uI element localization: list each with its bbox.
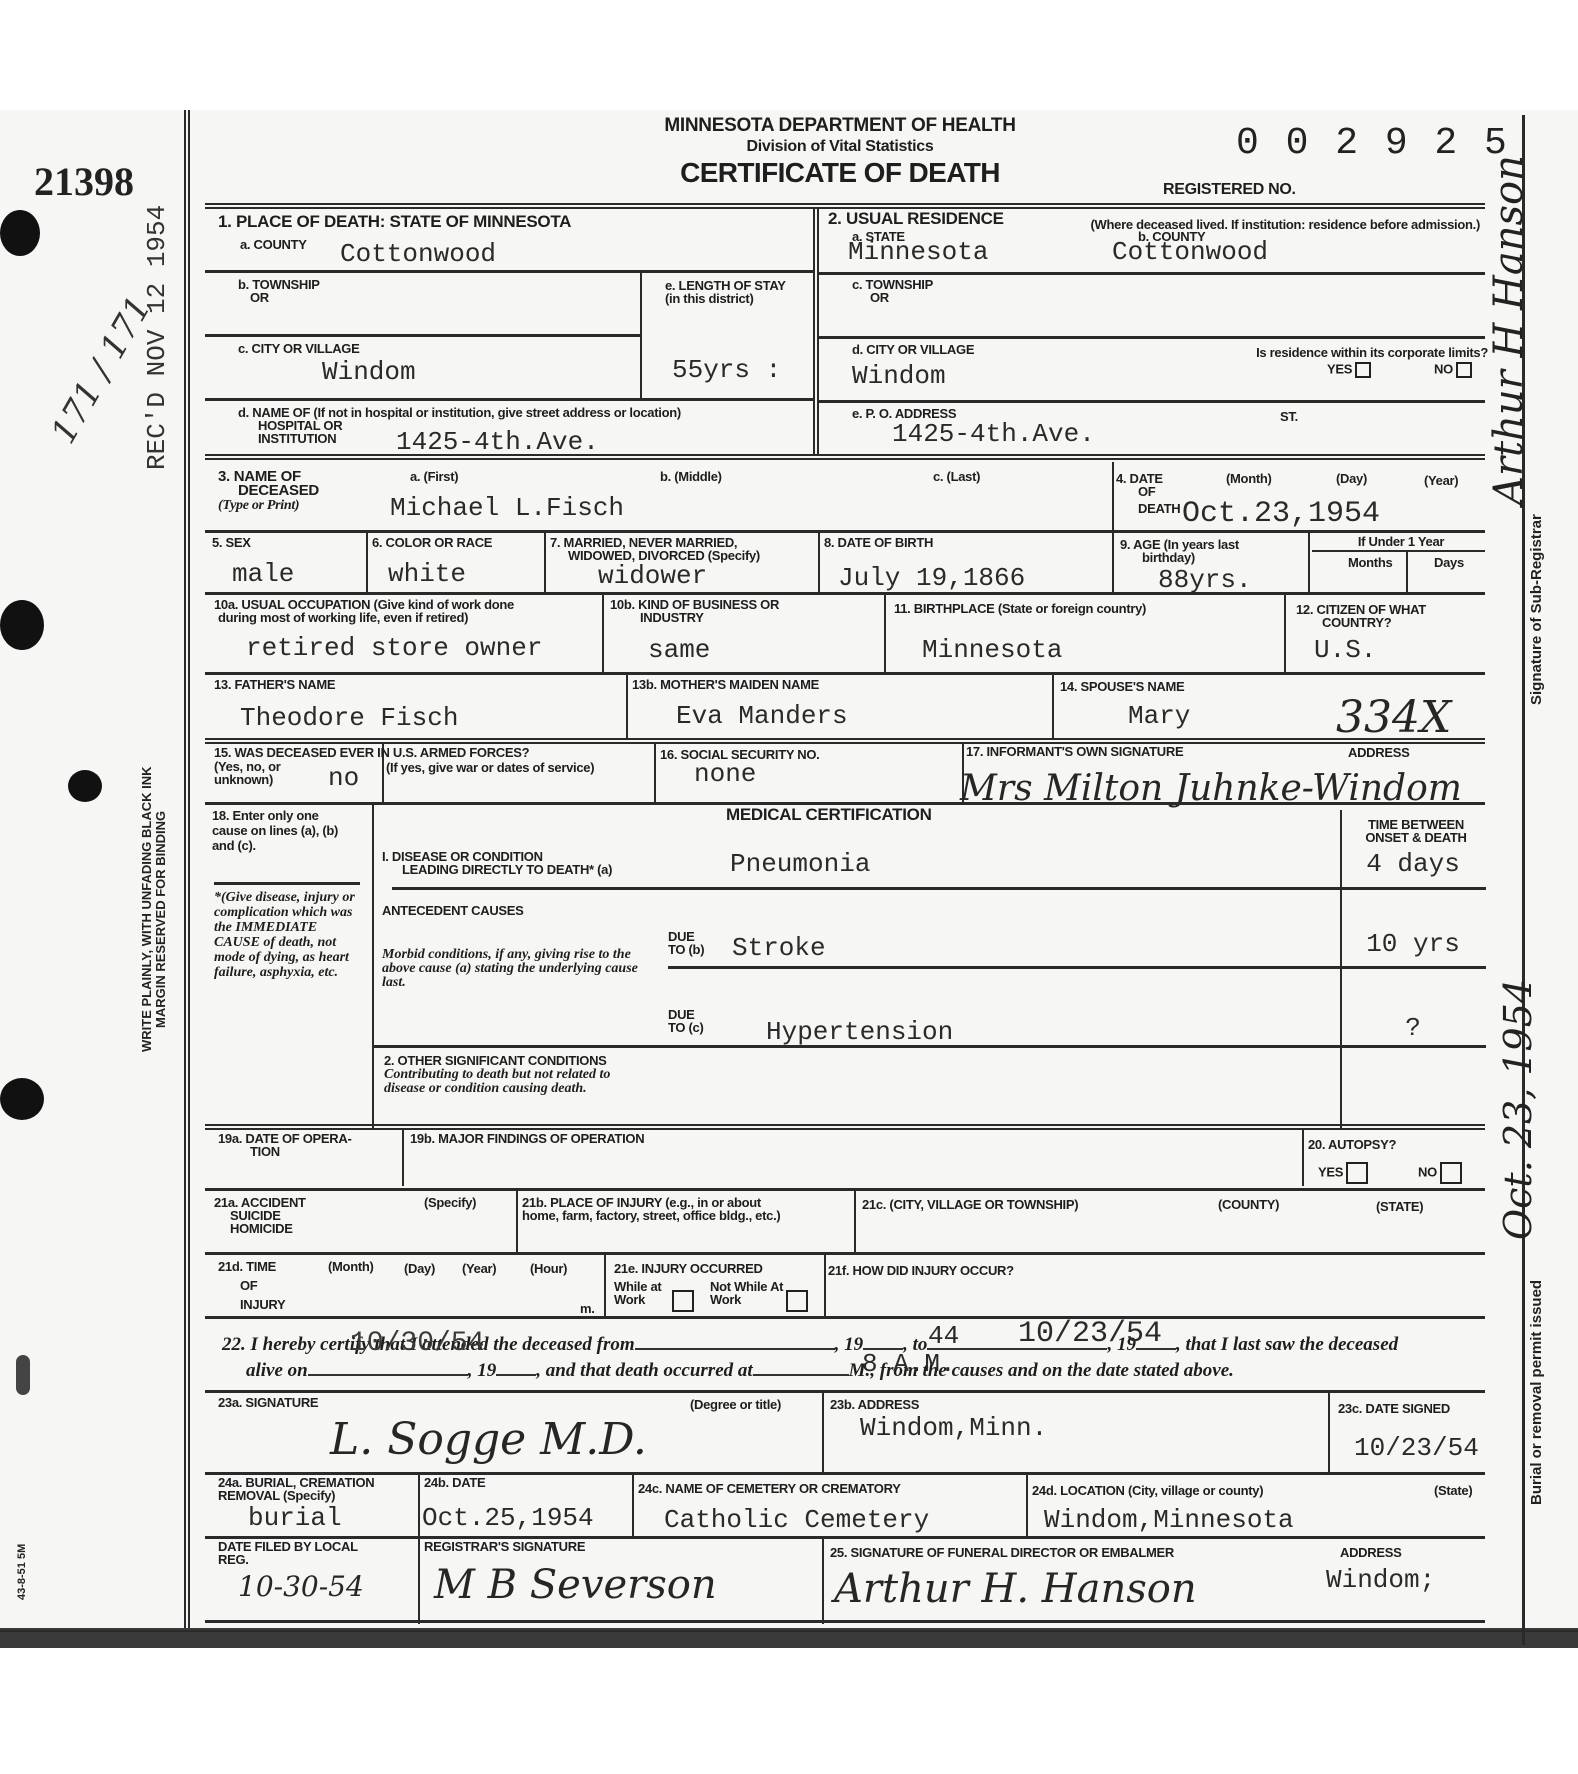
spouse-label: 14. SPOUSE'S NAME [1060,680,1184,693]
rule [205,738,1485,744]
rule [205,530,1485,533]
age-field[interactable]: 88yrs. [1158,566,1252,594]
rule [372,1045,1486,1048]
location-state-label: (State) [1434,1484,1472,1497]
morbid-note: Morbid conditions, if any, giving rise t… [382,948,640,990]
rule [819,400,1485,403]
age-label: 9. AGE (In years lastbirthday) [1120,538,1239,564]
rule [813,208,819,454]
form-header: MINNESOTA DEPARTMENT OF HEALTH Division … [640,115,1040,189]
middle-label: b. (Middle) [660,470,722,483]
certifier-address-field[interactable]: Windom,Minn. [860,1414,1047,1442]
sub-registrar-label: Signature of Sub-Registrar [1528,514,1545,705]
rule [824,1254,826,1316]
township-label: b. TOWNSHIPOR [238,278,320,304]
due-to-b-label: DUETO (b) [668,930,704,956]
city-label: c. CITY OR VILLAGE [238,342,360,355]
rule [1052,674,1054,738]
injury-city-label: 21c. (CITY, VILLAGE OR TOWNSHIP) [862,1198,1078,1211]
rule [205,1252,1485,1255]
injury-type-label: 21a. ACCIDENTSUICIDEHOMICIDE [214,1196,306,1235]
autopsy-no[interactable]: NO [1418,1162,1462,1184]
rule [819,272,1485,275]
binding-note: WRITE PLAINLY, WITH UNFADING BLACK INK M… [140,766,168,1052]
rule [654,744,656,804]
registered-no-label: REGISTERED NO. [1163,183,1296,197]
cause-c-time-field[interactable]: ? [1340,1014,1486,1042]
rule [1026,1474,1028,1536]
cause-a-field[interactable]: Pneumonia [730,850,870,878]
injury-year-label: (Year) [462,1262,496,1275]
date-signed-label: 23c. DATE SIGNED [1338,1402,1450,1415]
rule [640,272,642,400]
rule [418,1474,420,1624]
punch-hole [0,600,44,650]
cause-c-field[interactable]: Hypertension [766,1018,953,1046]
date-of-death-field[interactable]: Oct.23,1954 [1182,500,1380,528]
cause-b-field[interactable]: Stroke [732,934,826,962]
armed-forces-question: 15. WAS DECEASED EVER IN U.S. ARMED FORC… [214,746,654,759]
rule [205,672,1485,675]
rule [604,1254,606,1316]
date-filed-field[interactable]: 10-30-54 [238,1570,364,1603]
operation-findings-label: 19b. MAJOR FINDINGS OF OPERATION [410,1132,644,1145]
usual-residence-heading: 2. USUAL RESIDENCE [828,212,1004,226]
mother-field[interactable]: Eva Manders [676,702,848,730]
day-label: (Day) [1336,472,1367,485]
burial-permit-date: Oct. 23, 1954 [1496,979,1540,1240]
armed-forces-field[interactable]: no [328,764,359,792]
injury-specify-label: (Specify) [424,1196,476,1209]
citizen-field[interactable]: U.S. [1314,636,1376,664]
at-work-option[interactable]: While at Work [614,1280,694,1312]
burial-permit-label: Burial or removal permit issued [1528,1280,1545,1505]
informant-address-label: ADDRESS [1348,746,1409,759]
division-name: Division of Vital Statistics [640,137,1040,157]
injury-time-label: 21d. TIMEOFINJURY [218,1260,285,1311]
disposition-method-label: 24a. BURIAL, CREMATIONREMOVAL (Specify) [218,1476,374,1502]
medical-certification-heading: MEDICAL CERTIFICATION [726,808,932,822]
rule [1406,552,1408,592]
year-label: (Year) [1424,474,1458,487]
rule [205,270,813,273]
autopsy-yes-checkbox[interactable] [1346,1162,1368,1184]
rule [818,532,820,592]
not-at-work-option[interactable]: Not While At Work [710,1280,820,1312]
length-of-stay-label: e. LENGTH OF STAY (in this district) [665,279,800,305]
death-county-field[interactable]: Cottonwood [340,240,496,268]
rule [205,1536,1485,1539]
rule [602,594,604,672]
father-field[interactable]: Theodore Fisch [240,704,458,732]
at-work-checkbox[interactable] [672,1290,694,1312]
injury-occurred-label: 21e. INJURY OCCURRED [614,1262,763,1275]
sex-label: 5. SEX [212,536,251,549]
citizen-label: 12. CITIZEN OF WHATCOUNTRY? [1296,603,1426,629]
cause-a-time-field[interactable]: 4 days [1340,850,1486,878]
time-between-label: TIME BETWEENONSET & DEATH [1346,818,1486,844]
sub-registrar-signature: Arthur H Hanson [1486,155,1532,505]
funeral-director-label: 25. SIGNATURE OF FUNERAL DIRECTOR OR EMB… [830,1546,1174,1559]
under-year-label: If Under 1 Year [1314,535,1488,548]
disease-label: I. DISEASE OR CONDITIONLEADING DIRECTLY … [382,850,612,876]
other-conditions-note: Contributing to death but not related to… [384,1068,642,1096]
disposition-date-label: 24b. DATE [424,1476,485,1489]
sex-field[interactable]: male [232,560,294,588]
business-field[interactable]: same [648,636,710,664]
attended-to-date[interactable]: 10/23/54 [1018,1320,1162,1348]
spouse-field[interactable]: Mary [1128,702,1190,730]
bottom-rule [0,1630,1578,1632]
dob-label: 8. DATE OF BIRTH [824,536,933,549]
residence-township-label: c. TOWNSHIPOR [852,278,933,304]
time-of-death-field[interactable]: 8 A.M. [862,1350,956,1378]
rule [205,1620,1485,1623]
rule [205,1472,1485,1475]
rule [668,966,1486,969]
certifier-signature-label: 23a. SIGNATURE [218,1396,318,1409]
disposition-method-field[interactable]: burial [248,1504,342,1532]
attended-from-year[interactable]: 44 [928,1322,959,1350]
injury-state-label: (STATE) [1376,1200,1423,1213]
marital-label: 7. MARRIED, NEVER MARRIED,WIDOWED, DIVOR… [550,536,760,562]
punch-hole [0,1078,44,1120]
st-label: ST. [1280,410,1298,423]
funeral-address-field[interactable]: Windom; [1326,1566,1435,1594]
page-title: CERTIFICATE OF DEATH [640,157,1040,189]
rule [205,1124,1485,1130]
rule [822,1538,824,1624]
autopsy-label: 20. AUTOPSY? [1308,1138,1396,1151]
punch-hole [68,770,102,802]
rule [372,804,374,1128]
business-label: 10b. KIND OF BUSINESS ORINDUSTRY [610,598,779,624]
marital-status-field[interactable]: widower [598,562,707,590]
location-label: 24d. LOCATION (City, village or county) [1032,1484,1263,1497]
first-label: a. (First) [410,470,458,483]
deceased-name-label: 3. NAME OF DECEASED (Type or Print) [218,470,319,513]
other-conditions-label: 2. OTHER SIGNIFICANT CONDITIONS [384,1054,607,1067]
corporate-limits-yes[interactable]: YES [1327,362,1371,378]
armed-forces-service-hint: (If yes, give war or dates of service) [386,761,594,774]
injury-hour-label: (Hour) [530,1262,567,1275]
date-of-death-label: 4. DATE OF DEATH [1116,472,1180,515]
date-filed-label: DATE FILED BY LOCALREG. [218,1540,358,1566]
department-name: MINNESOTA DEPARTMENT OF HEALTH [640,115,1040,137]
residence-state-field[interactable]: Minnesota [848,238,988,266]
rule [1112,532,1114,592]
location-field[interactable]: Windom,Minnesota [1044,1506,1294,1534]
punch-hole [0,210,40,256]
injury-day-label: (Day) [404,1262,435,1275]
rule [1112,462,1114,530]
rule [516,1190,518,1252]
attestation-line-2: alive on, 19, and that death occurred at… [246,1360,1234,1382]
checkbox-yes[interactable] [1355,362,1371,378]
disposition-date-field[interactable]: Oct.25,1954 [422,1504,594,1532]
cemetery-field[interactable]: Catholic Cemetery [664,1506,929,1534]
county-label: a. COUNTY [240,238,307,251]
rule [1312,550,1485,552]
birthplace-label: 11. BIRTHPLACE (State or foreign country… [894,602,1146,615]
antecedent-label: ANTECEDENT CAUSES [382,904,524,917]
rule [205,592,1485,595]
deceased-name-field[interactable]: Michael L.Fisch [390,494,624,522]
race-label: 6. COLOR OR RACE [372,536,492,549]
binding-border [184,110,190,1628]
autopsy-no-checkbox[interactable] [1440,1162,1462,1184]
binding-note-line2: MARGIN RESERVED FOR BINDING [154,766,168,1052]
rule [1284,594,1286,672]
mother-label: 13b. MOTHER'S MAIDEN NAME [632,678,819,691]
informant-label: 17. INFORMANT'S OWN SIGNATURE [966,745,1183,758]
received-stamp: REC'D NOV 12 1954 [142,205,172,470]
file-number: 21398 [34,158,134,205]
occupation-label: 10a. USUAL OCCUPATION (Give kind of work… [214,598,514,624]
residence-city-field[interactable]: Windom [852,362,946,390]
rule [1302,1130,1304,1186]
registrar-signature: M B Severson [434,1562,717,1608]
injury-place-label: 21b. PLACE OF INJURY (e.g., in or abouth… [522,1196,852,1222]
rule [632,1474,634,1536]
days-label: Days [1434,556,1464,569]
po-address-field[interactable]: 1425-4th.Ave. [892,420,1095,448]
occupation-field[interactable]: retired store owner [246,634,542,662]
rule [1328,1392,1330,1472]
length-of-stay-field[interactable]: 55yrs : [672,356,781,384]
registrar-signature-label: REGISTRAR'S SIGNATURE [424,1540,585,1553]
cause-instruction: 18. Enter only one cause on lines (a), (… [212,808,356,853]
place-of-death-heading: 1. PLACE OF DEATH: STATE OF MINNESOTA [218,215,571,229]
rule [205,1390,1485,1393]
form-code: 43-8-51 5M [16,1544,28,1600]
rule [205,1188,1485,1191]
cause-b-time-field[interactable]: 10 yrs [1340,930,1486,958]
seal-mark-icon [16,1355,30,1395]
race-field[interactable]: white [388,560,466,588]
rule [854,1190,856,1252]
birthplace-field[interactable]: Minnesota [922,636,1062,664]
months-label: Months [1348,556,1392,569]
residence-county-field[interactable]: Cottonwood [1112,238,1268,266]
rule [884,594,886,672]
armed-forces-hint: (Yes, no, orunknown) [214,760,280,786]
date-signed-field[interactable]: 10/23/54 [1354,1434,1479,1462]
due-to-c-label: DUETO (c) [668,1008,704,1034]
attestation-stamp-date: 10/30/54 [350,1330,484,1358]
rule [366,532,368,592]
rule [626,674,628,738]
certifier-signature: L. Sogge M.D. [330,1414,647,1465]
corporate-limits-question: Is residence within its corporate limits… [1203,346,1488,359]
binding-note-line1: WRITE PLAINLY, WITH UNFADING BLACK INK [140,766,154,1052]
hospital-field[interactable]: 1425-4th.Ave. [396,428,599,456]
checkbox-no[interactable] [1456,362,1472,378]
corporate-limits-no[interactable]: NO [1434,362,1472,378]
rule [205,1316,1485,1319]
residence-city-label: d. CITY OR VILLAGE [852,343,974,356]
operation-date-label: 19a. DATE OF OPERA-TION [218,1132,351,1158]
not-at-work-checkbox[interactable] [786,1290,808,1312]
injury-county-label: (COUNTY) [1218,1198,1279,1211]
rule [205,454,1485,460]
injury-how-label: 21f. HOW DID INJURY OCCUR? [828,1264,1014,1277]
autopsy-yes[interactable]: YES [1318,1162,1368,1184]
immediate-cause-instruction: *(Give disease, injury or complication w… [214,890,360,980]
rule [402,1130,404,1186]
dob-field[interactable]: July 19,1866 [838,564,1025,592]
rule [205,398,813,401]
rule [214,882,360,885]
last-label: c. (Last) [933,470,980,483]
rule [1308,532,1310,592]
death-city-field[interactable]: Windom [322,358,416,386]
rule [822,1392,824,1472]
father-label: 13. FATHER'S NAME [214,678,335,691]
month-label: (Month) [1226,472,1272,485]
injury-month-label: (Month) [328,1260,374,1273]
rule [544,532,546,592]
registered-number: 0 0 2 9 2 5 [1236,122,1509,165]
injury-m-label: m. [580,1302,595,1315]
funeral-address-label: ADDRESS [1340,1546,1401,1559]
funeral-director-signature: Arthur H. Hanson [834,1566,1197,1612]
rule [819,336,1485,339]
handwritten-note: 334X [1336,692,1451,743]
rule [205,334,640,337]
rule [392,887,1486,890]
degree-label: (Degree or title) [690,1398,781,1411]
certifier-address-label: 23b. ADDRESS [830,1398,919,1411]
cemetery-label: 24c. NAME OF CEMETERY OR CREMATORY [638,1482,901,1495]
ssn-field[interactable]: none [694,760,756,788]
